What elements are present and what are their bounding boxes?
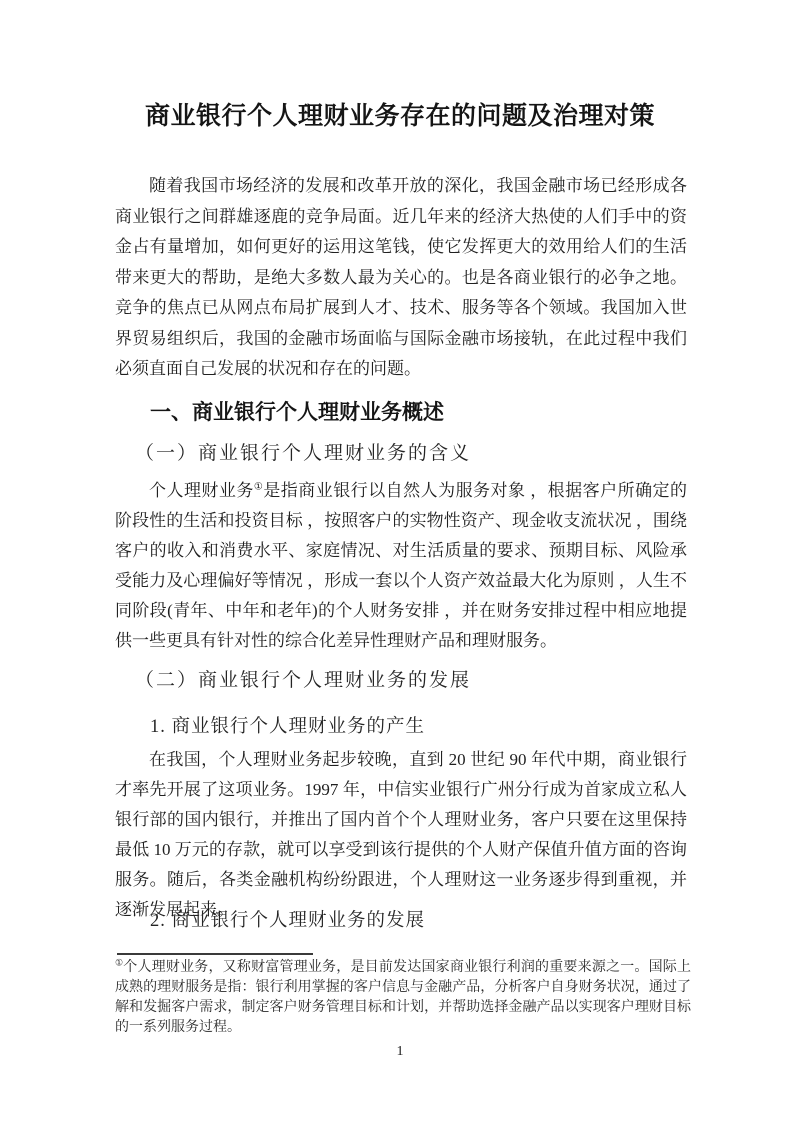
document-page: 商业银行个人理财业务存在的问题及治理对策 随着我国市场经济的发展和改革开放的深化… [0, 0, 800, 1132]
item-heading-origin: 1. 商业银行个人理财业务的产生 [150, 712, 425, 738]
page-number: 1 [0, 1044, 800, 1060]
intro-paragraph: 随着我国市场经济的发展和改革开放的深化，我国金融市场已经形成各商业银行之间群雄逐… [115, 171, 687, 385]
footnote-text: 个人理财业务，又称财富管理业务，是目前发达国家商业银行利润的重要来源之一。国际上… [115, 960, 691, 1035]
definition-lead: 个人理财业务 [149, 481, 254, 500]
definition-paragraph-block: 个人理财业务①是指商业银行以自然人为服务对象 ，根据客户所确定的阶段性的生活和投… [115, 476, 687, 656]
footnote-block: ①个人理财业务，又称财富管理业务，是目前发达国家商业银行利润的重要来源之一。国际… [115, 958, 691, 1038]
definition-paragraph: 个人理财业务①是指商业银行以自然人为服务对象 ，根据客户所确定的阶段性的生活和投… [115, 476, 687, 656]
origin-paragraph: 在我国，个人理财业务起步较晚，直到 20 世纪 90 年代中期，商业银行才率先开… [115, 745, 687, 925]
origin-paragraph-block: 在我国，个人理财业务起步较晚，直到 20 世纪 90 年代中期，商业银行才率先开… [115, 745, 687, 925]
footnote-separator [117, 953, 313, 955]
document-title: 商业银行个人理财业务存在的问题及治理对策 [0, 96, 800, 132]
subsection-heading-definition: （一）商业银行个人理财业务的含义 [135, 438, 471, 465]
footnote: ①个人理财业务，又称财富管理业务，是目前发达国家商业银行利润的重要来源之一。国际… [115, 958, 691, 1038]
section-heading-overview: 一、商业银行个人理财业务概述 [150, 396, 444, 426]
intro-paragraph-block: 随着我国市场经济的发展和改革开放的深化，我国金融市场已经形成各商业银行之间群雄逐… [115, 171, 687, 385]
item-heading-development: 2. 商业银行个人理财业务的发展 [150, 906, 425, 932]
subsection-heading-development: （二）商业银行个人理财业务的发展 [135, 665, 471, 692]
definition-body: 是指商业银行以自然人为服务对象 ，根据客户所确定的阶段性的生活和投资目标 ，按照… [115, 481, 687, 650]
footnote-ref-marker: ① [254, 481, 263, 492]
